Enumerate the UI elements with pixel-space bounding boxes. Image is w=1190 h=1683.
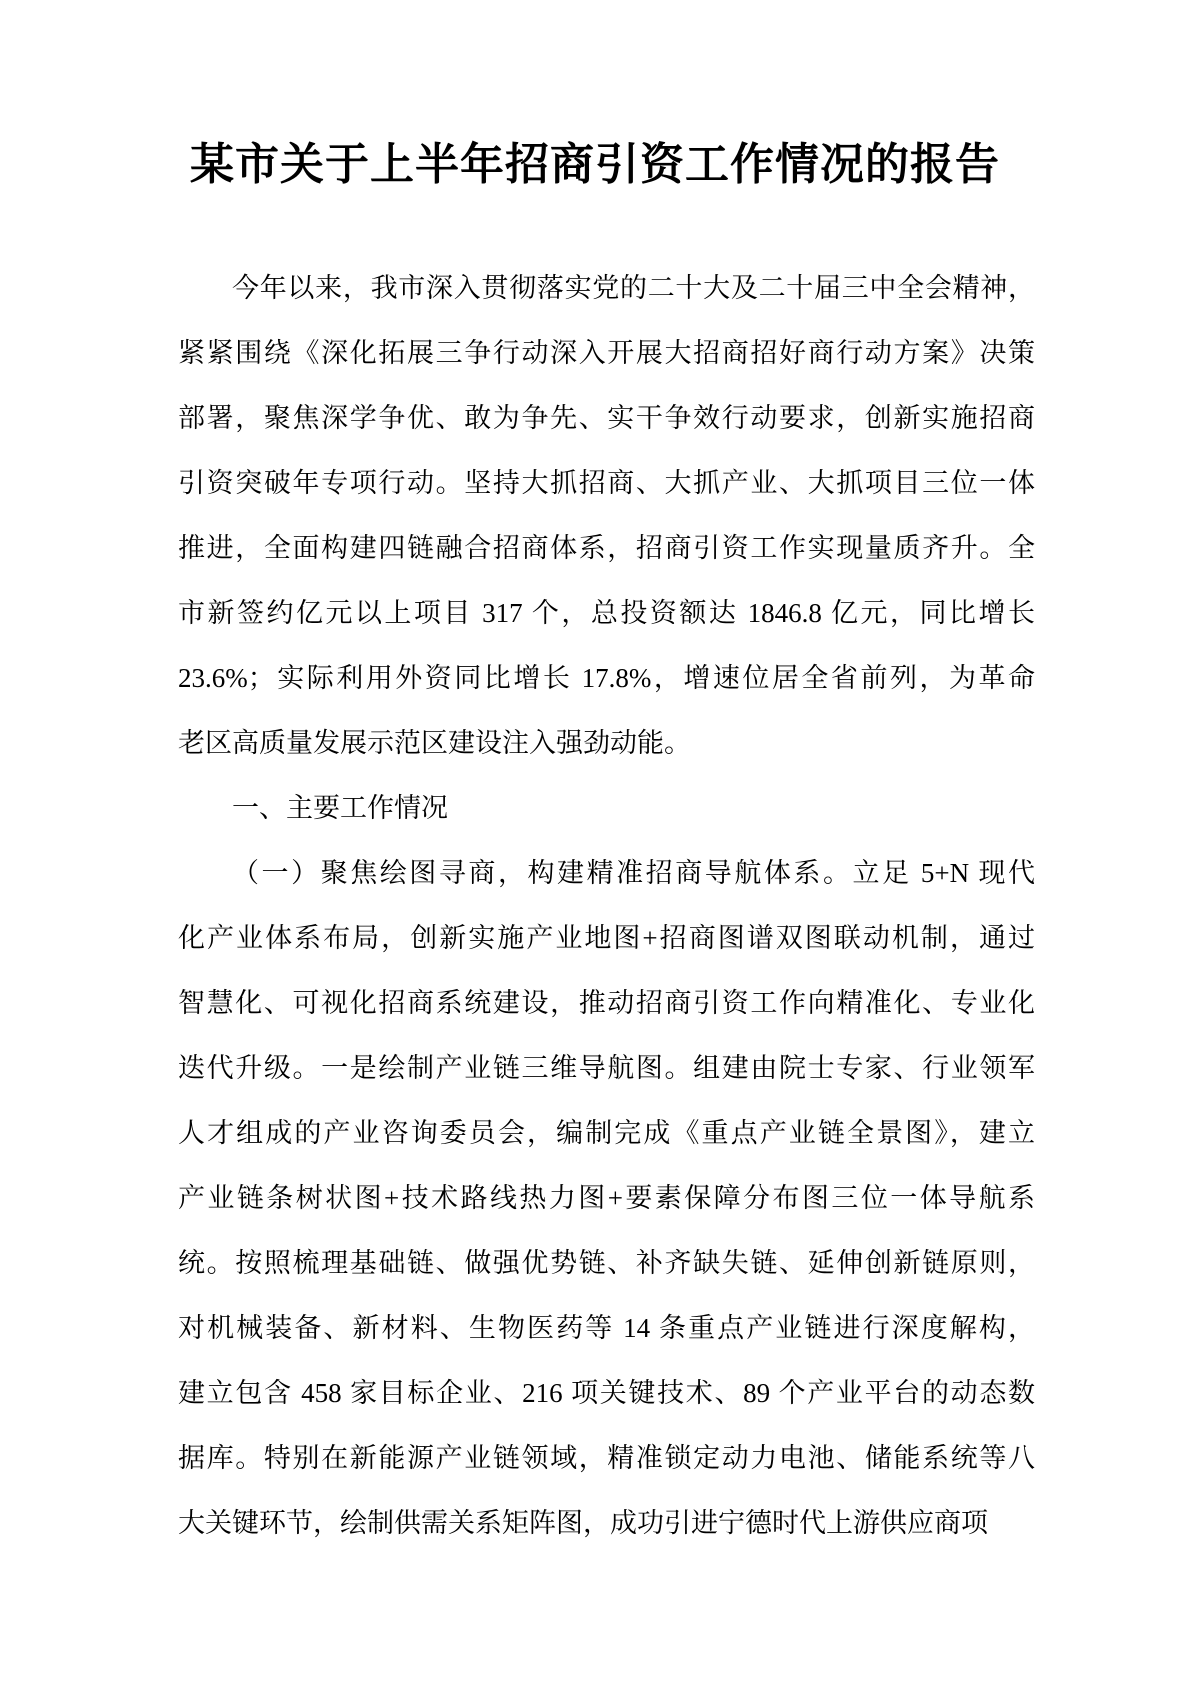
text-line: 引资突破年专项行动。坚持大抓招商、大抓产业、大抓项目三位一体 [178,451,1035,516]
text-line: 对机械装备、新材料、生物医药等 14 条重点产业链进行深度解构， [178,1296,1035,1361]
text-line: 建立包含 458 家目标企业、216 项关键技术、89 个产业平台的动态数 [178,1361,1035,1426]
paragraph-section-1: （一）聚焦绘图寻商，构建精准招商导航体系。立足 5+N 现代化产业体系布局，创新… [178,841,1035,1556]
text-line: 老区高质量发展示范区建设注入强劲动能。 [178,711,1035,776]
text-line: 市新签约亿元以上项目 317 个，总投资额达 1846.8 亿元，同比增长 [178,581,1035,646]
text-line: 部署，聚焦深学争优、敢为争先、实干争效行动要求，创新实施招商 [178,386,1035,451]
text-line: 产业链条树状图+技术路线热力图+要素保障分布图三位一体导航系 [178,1166,1035,1231]
text-line: （一）聚焦绘图寻商，构建精准招商导航体系。立足 5+N 现代 [178,841,1035,906]
text-line: 化产业体系布局，创新实施产业地图+招商图谱双图联动机制，通过 [178,906,1035,971]
text-line: 智慧化、可视化招商系统建设，推动招商引资工作向精准化、专业化 [178,971,1035,1036]
document-page: 某市关于上半年招商引资工作情况的报告 今年以来，我市深入贯彻落实党的二十大及二十… [0,0,1190,1683]
text-line: 23.6%；实际利用外资同比增长 17.8%，增速位居全省前列，为革命 [178,646,1035,711]
text-line: 今年以来，我市深入贯彻落实党的二十大及二十届三中全会精神， [178,256,1035,321]
section-heading-text: 一、主要工作情况 [232,793,448,823]
paragraph-intro: 今年以来，我市深入贯彻落实党的二十大及二十届三中全会精神，紧紧围绕《深化拓展三争… [178,256,1035,776]
document-title: 某市关于上半年招商引资工作情况的报告 [0,136,1190,194]
text-line: 大关键环节，绘制供需关系矩阵图，成功引进宁德时代上游供应商项 [178,1491,1035,1556]
text-line: 推进，全面构建四链融合招商体系，招商引资工作实现量质齐升。全 [178,516,1035,581]
text-line: 人才组成的产业咨询委员会，编制完成《重点产业链全景图》，建立 [178,1101,1035,1166]
text-line: 统。按照梳理基础链、做强优势链、补齐缺失链、延伸创新链原则， [178,1231,1035,1296]
document-body: 今年以来，我市深入贯彻落实党的二十大及二十届三中全会精神，紧紧围绕《深化拓展三争… [178,256,1035,1556]
section-heading-1: 一、主要工作情况 [178,776,1035,841]
text-line: 紧紧围绕《深化拓展三争行动深入开展大招商招好商行动方案》决策 [178,321,1035,386]
text-line: 迭代升级。一是绘制产业链三维导航图。组建由院士专家、行业领军 [178,1036,1035,1101]
text-line: 据库。特别在新能源产业链领域，精准锁定动力电池、储能系统等八 [178,1426,1035,1491]
